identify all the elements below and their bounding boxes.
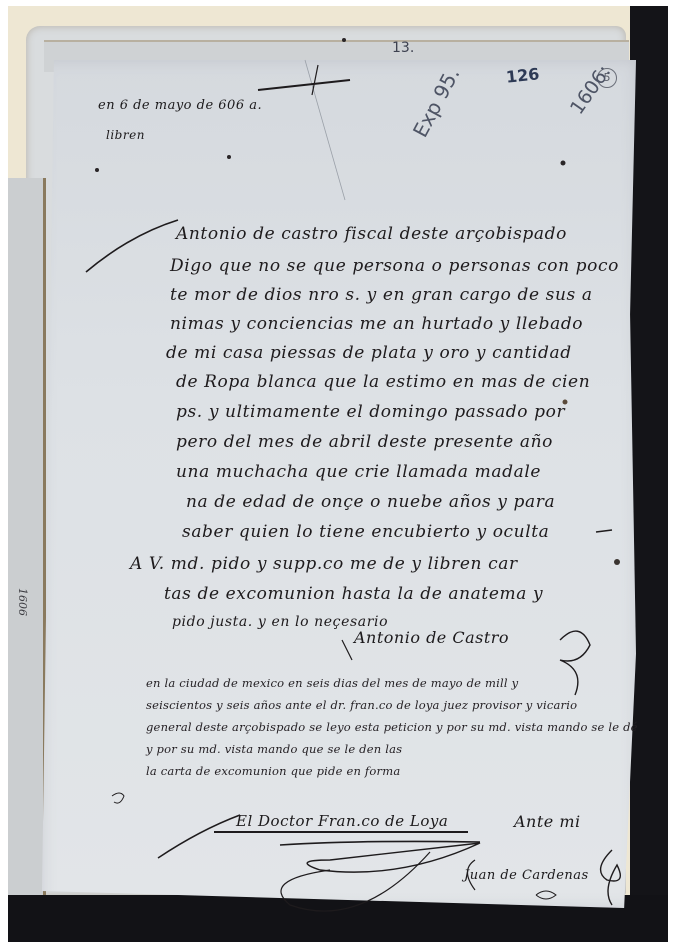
manuscript-photo: 1606 13. 126 5 Exp 95. 1606: en 6 de may… (0, 0, 676, 951)
petition-line-3: te mor de dios nro s. y en gran cargo de… (170, 285, 593, 305)
decree-line-2: seiscientos y seis años ante el dr. fran… (146, 698, 577, 712)
petition-line-9: una muchacha que crie llamada madale (176, 462, 541, 482)
petition-line-11: saber quien lo tiene encubierto y oculta (182, 522, 549, 542)
petition-line-5: de mi casa piessas de plata y oro y cant… (166, 343, 572, 363)
petition-line-6: de Ropa blanca que la estimo en mas de c… (176, 372, 590, 392)
dark-background-right (630, 6, 668, 942)
decree-line-1: en la ciudad de mexico en seis dias del … (146, 676, 518, 690)
petition-line-2: Digo que no se que persona o personas co… (170, 256, 619, 276)
top-folio-number: 13. (392, 40, 414, 56)
decree-line-5: la carta de excomunion que pide en forma (146, 764, 400, 778)
petition-line-10: na de edad de onçe o nuebe años y para (186, 492, 555, 512)
header-note-line-2: libren (106, 128, 145, 142)
notary-attestation: Ante mi (514, 812, 581, 831)
folio-number: 126 (505, 64, 540, 86)
petition-line-7: ps. y ultimamente el domingo passado por (176, 402, 565, 422)
judge-signature: El Doctor Fran.co de Loya (236, 812, 448, 830)
petition-line-13: tas de excomunion hasta la de anatema y (164, 584, 543, 604)
decree-line-3: general deste arçobispado se leyo esta p… (146, 720, 638, 734)
petition-line-8: pero del mes de abril deste presente año (176, 432, 553, 452)
notary-signature: Juan de Cardenas (464, 868, 589, 883)
petition-line-12: A V. md. pido y supp.co me de y libren c… (130, 554, 518, 574)
manuscript-page (42, 60, 636, 908)
petition-line-1: Antonio de castro fiscal deste arçobispa… (176, 224, 567, 244)
left-page-stack: 1606 (8, 178, 46, 898)
left-edge-year-note: 1606 (16, 588, 29, 616)
decree-line-4: y por su md. vista mando que se le den l… (146, 742, 402, 756)
petitioner-signature: Antonio de Castro (354, 628, 509, 647)
header-note-line-1: en 6 de mayo de 606 a. (98, 98, 262, 113)
petition-line-4: nimas y conciencias me an hurtado y lleb… (170, 314, 583, 334)
